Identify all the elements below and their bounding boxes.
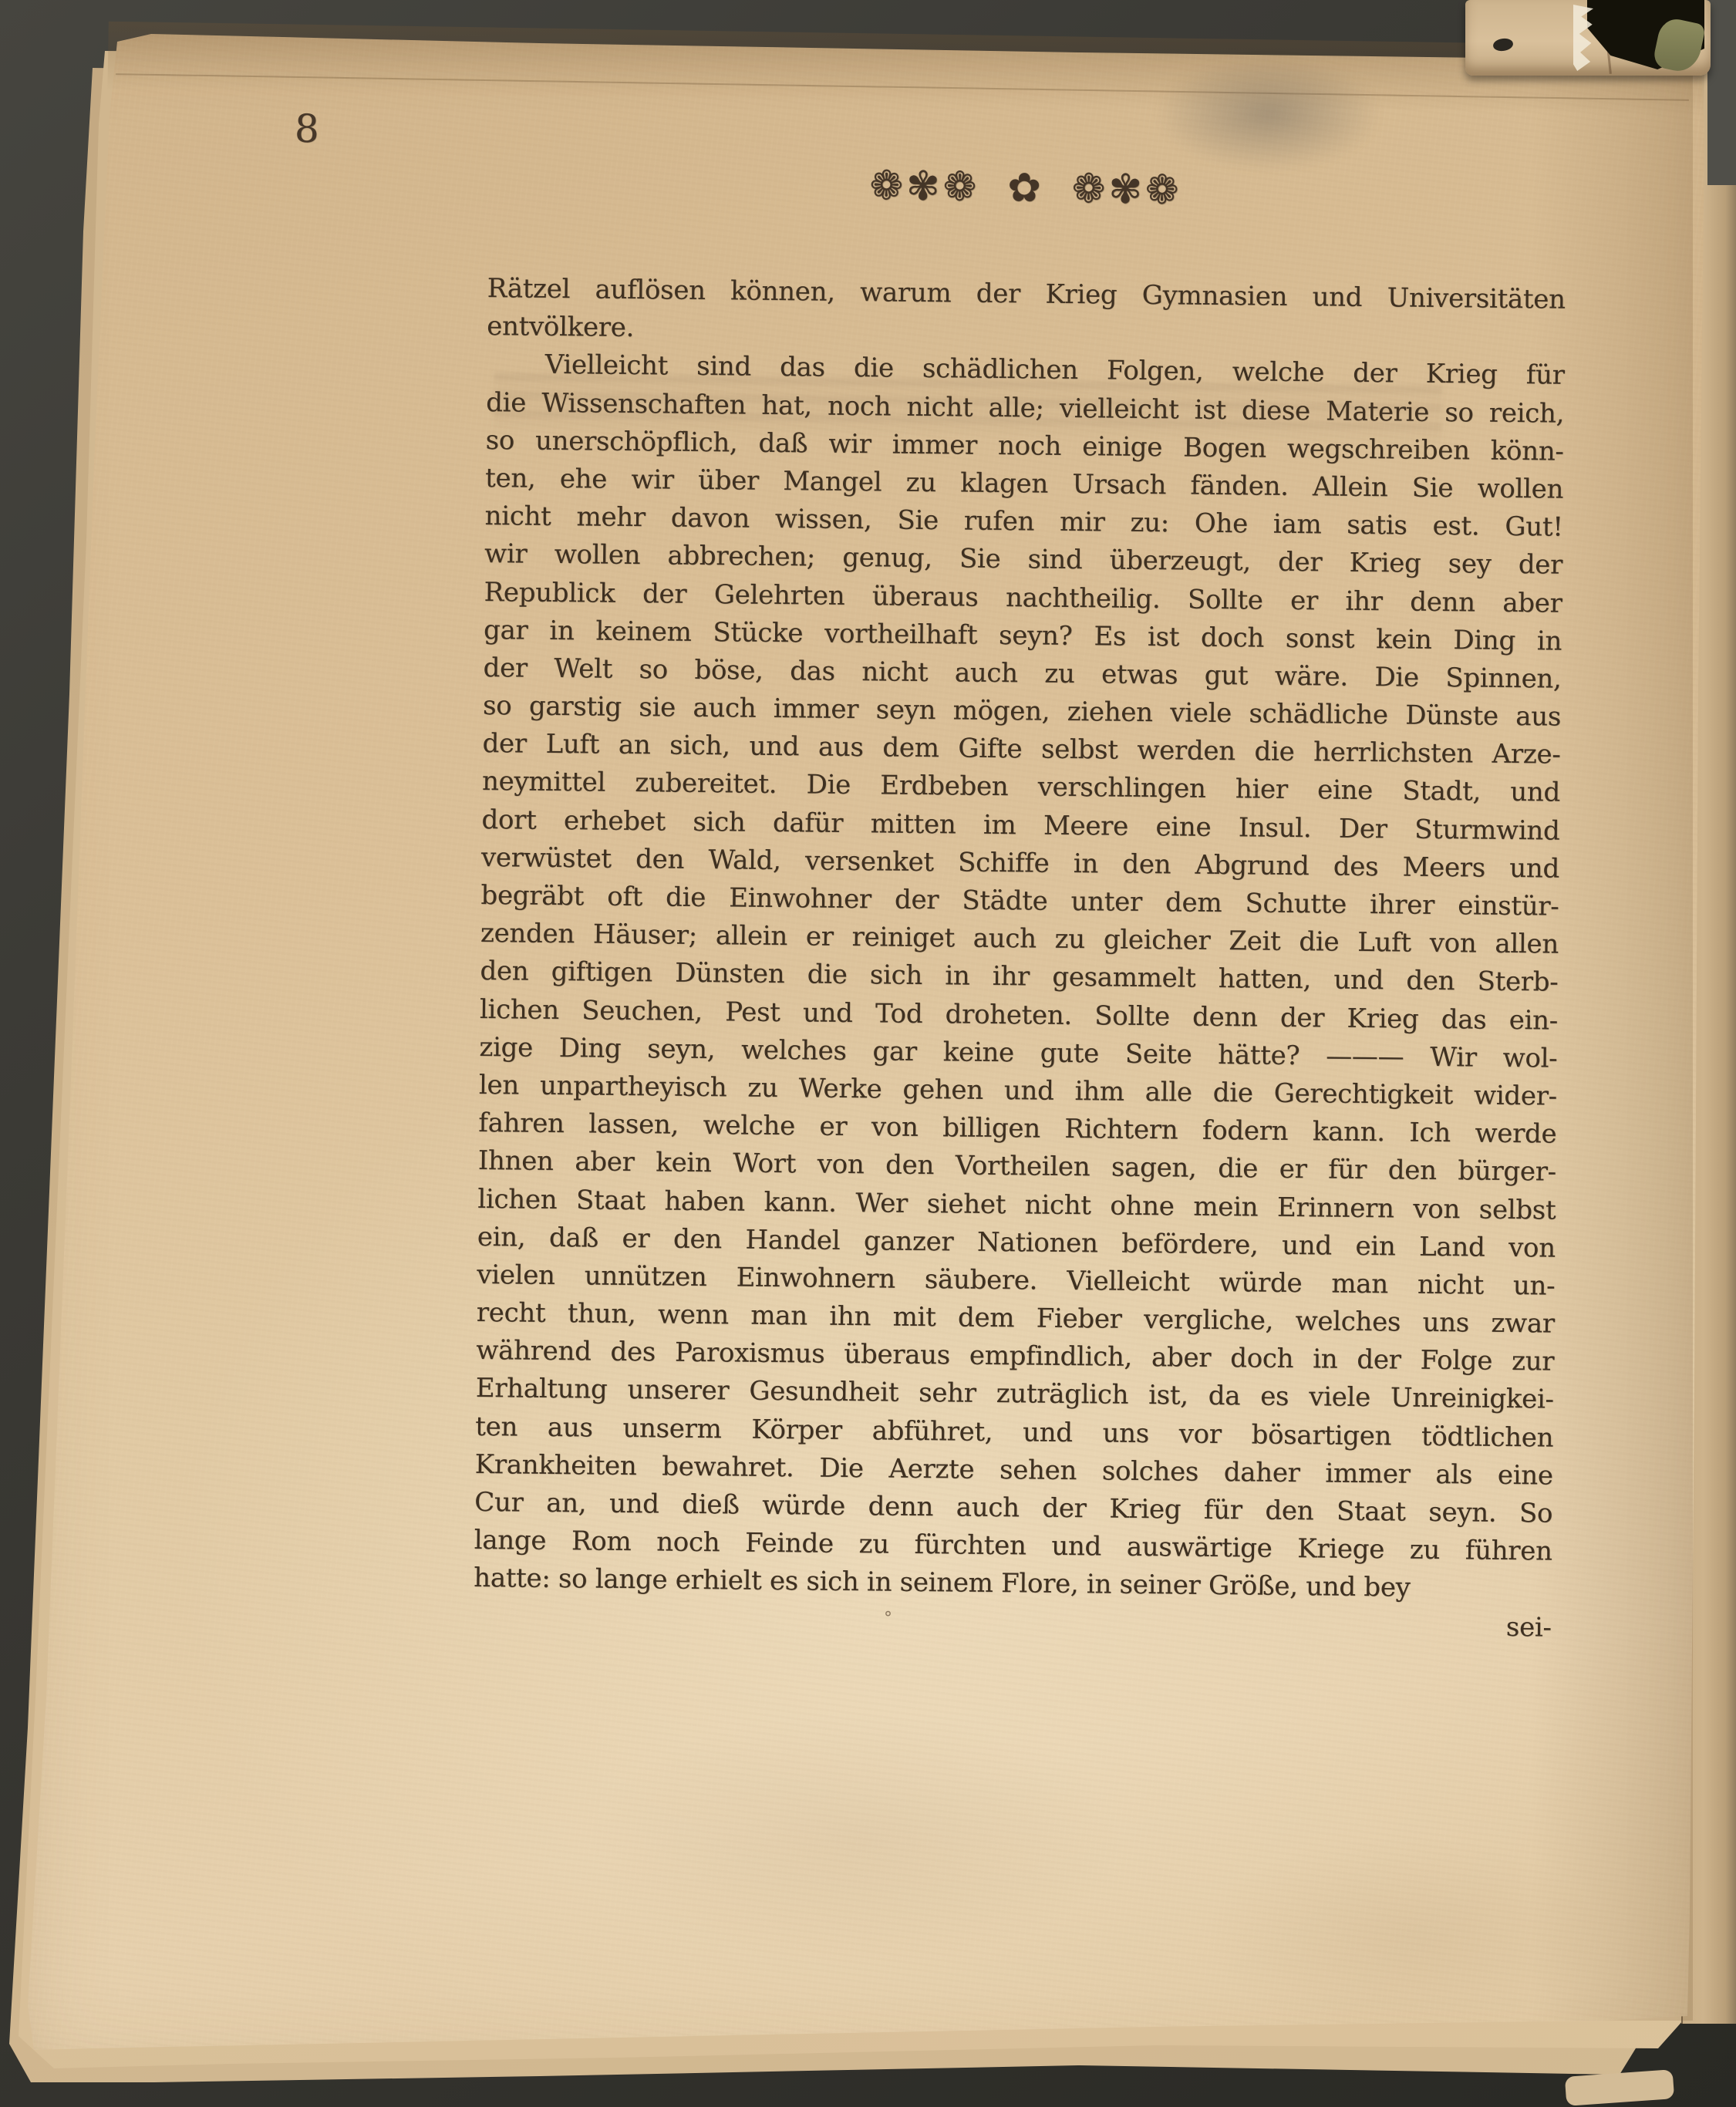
header-ornament: ❁✾❁✿❁✾❁ xyxy=(833,162,1219,214)
scan-background: { "colors": { "background": "#34332e", "… xyxy=(0,0,1736,2107)
bottom-paper-bit xyxy=(1565,2069,1674,2106)
paper-stain xyxy=(586,1712,1126,1967)
far-right-corner xyxy=(1707,0,1736,185)
page-number: 8 xyxy=(295,106,320,151)
body-text: Rätzel auflösen können, warum der Krieg … xyxy=(473,270,1565,1647)
stray-mark: ° xyxy=(884,1609,892,1628)
fleuron-left-icon: ❁✾❁ xyxy=(869,163,980,211)
ink-smudge xyxy=(1157,56,1380,171)
rosette-icon: ✿ xyxy=(1007,165,1045,212)
paper-stain xyxy=(1203,1836,1604,2036)
fleuron-right-icon: ❁✾❁ xyxy=(1071,166,1182,214)
